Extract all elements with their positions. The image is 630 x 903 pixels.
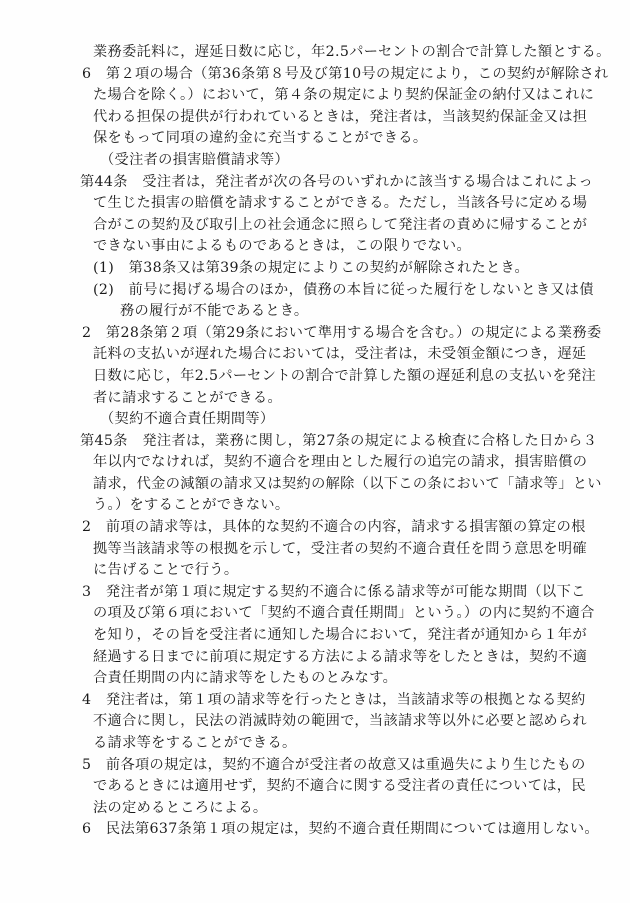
- text-line: 託料の支払いが遅れた場合においては，受注者は，未受領金額につき，遅延: [80, 344, 548, 366]
- text-line: の項及び第６項において「契約不適合責任期間」という。）の内に契約不適合: [80, 603, 548, 625]
- text-line: 務の履行が不能であるとき。: [80, 301, 548, 323]
- text-line: を知り，その旨を受注者に通知した場合において，発注者が通知から１年が: [80, 625, 548, 647]
- text-line: 拠等当該請求等の根拠を示して，受注者の契約不適合責任を問う意思を明確: [80, 539, 548, 561]
- text-line: う。）をすることができない。: [80, 495, 548, 517]
- text-line: 保をもって同項の違約金に充当することができる。: [80, 128, 548, 150]
- text-line: 業務委託料に，遅延日数に応じ，年2.5パーセントの割合で計算した額とする。: [80, 42, 548, 64]
- text-line: 年以内でなければ，契約不適合を理由とした履行の追完の請求，損害賠償の: [80, 452, 548, 474]
- document-page: 業務委託料に，遅延日数に応じ，年2.5パーセントの割合で計算した額とする。6 第…: [0, 0, 630, 903]
- text-line: 請求，代金の減額の請求又は契約の解除（以下この条において「請求等」とい: [80, 474, 548, 496]
- paragraph-start-line: 2 前項の請求等は，具体的な契約不適合の内容，請求する損害額の算定の根: [80, 517, 548, 539]
- contract-text-body: 業務委託料に，遅延日数に応じ，年2.5パーセントの割合で計算した額とする。6 第…: [80, 42, 548, 841]
- article-caption: （受注者の損害賠償請求等）: [80, 150, 548, 172]
- article-caption: （契約不適合責任期間等）: [80, 409, 548, 431]
- paragraph-start-line: 5 前各項の規定は，契約不適合が受注者の故意又は重過失により生じたもの: [80, 755, 548, 777]
- text-line: 合責任期間の内に請求等をしたものとみなす。: [80, 668, 548, 690]
- text-line: る請求等をすることができる。: [80, 733, 548, 755]
- text-line: 法の定めるところによる。: [80, 798, 548, 820]
- article-heading-line: 第44条 受注者は，発注者が次の各号のいずれかに該当する場合はこれによっ: [80, 172, 548, 194]
- text-line: に告げることで行う。: [80, 560, 548, 582]
- paragraph-start-line: 3 発注者が第１項に規定する契約不適合に係る請求等が可能な期間（以下こ: [80, 582, 548, 604]
- text-line: できない事由によるものであるときは，この限りでない。: [80, 236, 548, 258]
- text-line: た場合を除く。）において，第４条の規定により契約保証金の納付又はこれに: [80, 85, 548, 107]
- paragraph-start-line: 6 民法第637条第１項の規定は，契約不適合責任期間については適用しない。: [80, 819, 548, 841]
- text-line: 者に請求することができる。: [80, 388, 548, 410]
- text-line: 合がこの契約及び取引上の社会通念に照らして発注者の責めに帰することが: [80, 215, 548, 237]
- text-line: (1) 第38条又は第39条の規定によりこの契約が解除されたとき。: [80, 258, 548, 280]
- paragraph-start-line: 6 第２項の場合（第36条第８号及び第10号の規定により，この契約が解除され: [80, 64, 548, 86]
- text-line: 不適合に関し，民法の消滅時効の範囲で，当該請求等以外に必要と認められ: [80, 711, 548, 733]
- text-line: 代わる担保の提供が行われているときは，発注者は，当該契約保証金又は担: [80, 107, 548, 129]
- text-line: であるときには適用せず，契約不適合に関する受注者の責任については，民: [80, 776, 548, 798]
- paragraph-start-line: 4 発注者は，第１項の請求等を行ったときは，当該請求等の根拠となる契約: [80, 690, 548, 712]
- article-heading-line: 第45条 発注者は，業務に関し，第27条の規定による検査に合格した日から３: [80, 431, 548, 453]
- paragraph-start-line: 2 第28条第２項（第29条において準用する場合を含む。）の規定による業務委: [80, 323, 548, 345]
- text-line: 日数に応じ，年2.5パーセントの割合で計算した額の遅延利息の支払いを発注: [80, 366, 548, 388]
- text-line: (2) 前号に掲げる場合のほか，債務の本旨に従った履行をしないとき又は債: [80, 280, 548, 302]
- text-line: 経過する日までに前項に規定する方法による請求等をしたときは，契約不適: [80, 647, 548, 669]
- text-line: て生じた損害の賠償を請求することができる。ただし，当該各号に定める場: [80, 193, 548, 215]
